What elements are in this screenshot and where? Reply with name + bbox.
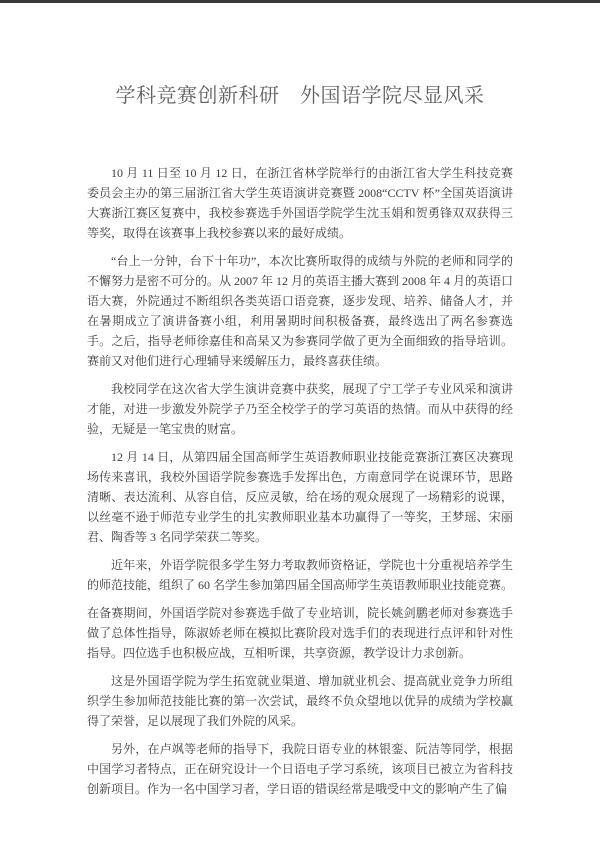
- document-title: 学科竞赛创新科研 外国语学院尽显风采: [87, 83, 513, 109]
- paragraph-teaching-skill-contest: 12 月 14 日，从第四届全国高师学生英语教师职业技能竞赛浙江赛区决赛现场传来…: [87, 447, 513, 547]
- paragraph-japanese-elearning-project: 另外，在卢飒等老师的指导下，我院日语专业的林银銮、阮洁等同学，根据中国学习者特点…: [87, 739, 513, 799]
- paragraph-preparation-effort: “台上一分钟，台下十年功”，本次比赛所取得的成绩与外院的老师和同学的不懈努力是密…: [87, 251, 513, 371]
- paragraph-award-significance: 我校同学在这次省大学生演讲竞赛中获奖，展现了宁工学子专业风采和演讲才能，对进一步…: [87, 379, 513, 439]
- window-top-edge: [0, 0, 600, 3]
- paragraph-contest-training: 在备赛期间，外国语学院对参赛选手做了专业培训，院长姚剑鹏老师对参赛选手做了总体性…: [87, 603, 513, 663]
- paragraph-teacher-certificate: 近年来，外语学院很多学生努力考取教师资格证，学院也十分重视培养学生的师范技能，组…: [87, 555, 513, 595]
- paragraph-speech-contest-result: 10 月 11 日至 10 月 12 日，在浙江省林学院举行的由浙江省大学生科技…: [87, 163, 513, 243]
- document-page: 学科竞赛创新科研 外国语学院尽显风采 10 月 11 日至 10 月 12 日，…: [0, 83, 600, 799]
- paragraph-employment-competitiveness: 这是外国语学院为学生拓宽就业渠道、增加就业机会、提高就业竞争力所组织学生参加师范…: [87, 671, 513, 731]
